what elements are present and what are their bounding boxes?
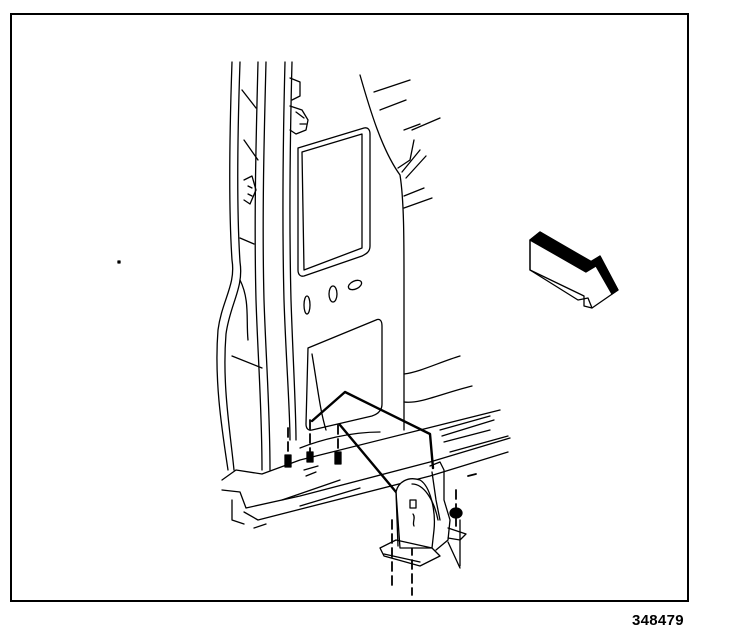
inner-panel [298, 75, 472, 430]
rocker-panel [222, 410, 510, 528]
bolt-icon [307, 452, 313, 462]
service-illustration [0, 0, 736, 638]
body-pillar [217, 62, 308, 470]
bolt-icon [335, 452, 341, 464]
figure-number: 348479 [632, 612, 684, 629]
direction-arrow-icon [530, 232, 618, 308]
bolt-icon [285, 455, 291, 467]
nut-icon [450, 508, 462, 518]
